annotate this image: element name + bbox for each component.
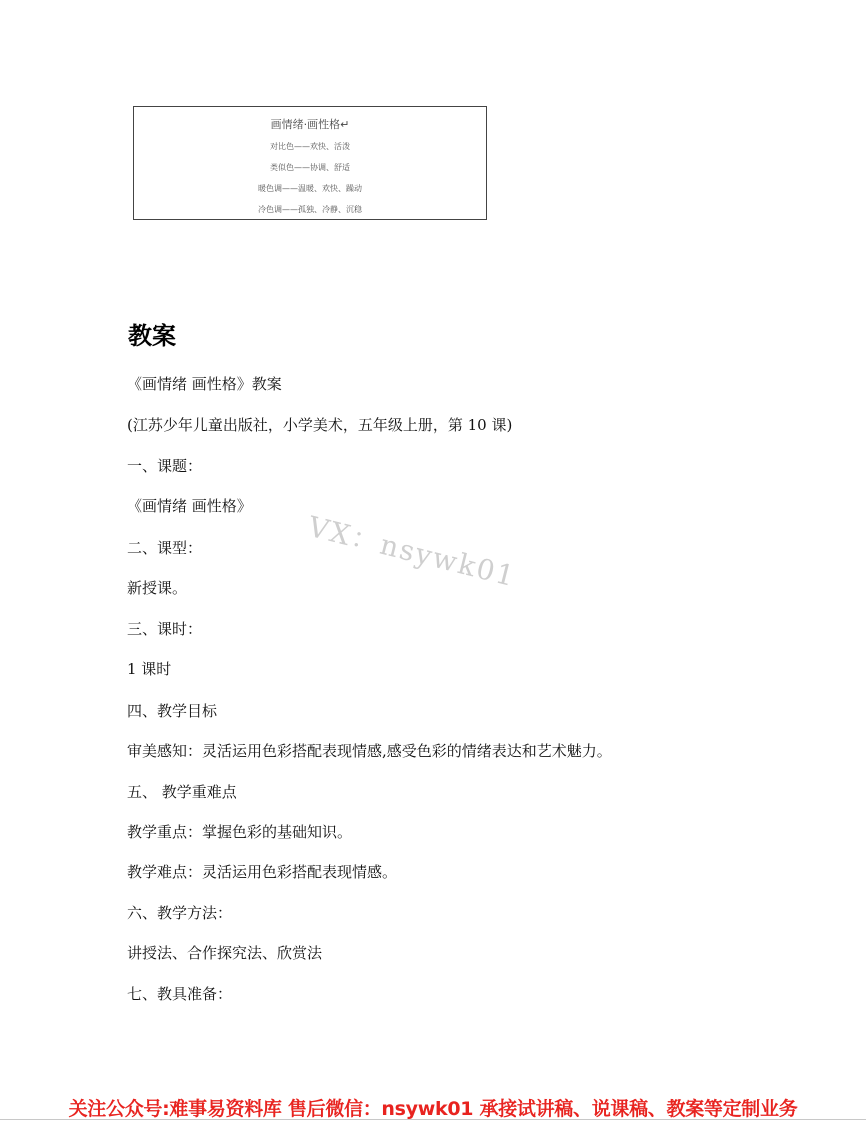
figure-line: 类似色——协调、舒适 <box>134 162 486 174</box>
section-heading: 二、课型： <box>127 538 202 558</box>
section-heading: 三、课时： <box>127 619 202 639</box>
section-body: 1 课时 <box>127 659 171 679</box>
section-body: 新授课。 <box>127 578 187 598</box>
section-heading: 六、教学方法： <box>127 903 232 923</box>
section-heading: 四、教学目标 <box>127 701 217 721</box>
section-heading: 七、教具准备： <box>127 984 232 1004</box>
watermark: VX：nsywk01 <box>304 505 520 595</box>
lesson-title: 《画情绪 画性格》教案 <box>127 374 282 394</box>
footer-banner: 关注公众号:难事易资料库 售后微信：nsywk01 承接试讲稿、说课稿、教案等定… <box>0 1094 866 1121</box>
section-body: 审美感知：灵活运用色彩搭配表现情感,感受色彩的情绪表达和艺术魅力。 <box>127 741 612 761</box>
figure-line: 冷色调——孤独、冷静、沉稳 <box>134 204 486 216</box>
footer-divider <box>0 1119 866 1120</box>
section-body: 教学难点：灵活运用色彩搭配表现情感。 <box>127 862 397 882</box>
section-body: 《画情绪 画性格》 <box>127 496 252 516</box>
section-heading: 五、 教学重难点 <box>127 782 237 802</box>
figure-line: 暖色调——温暖、欢快、躁动 <box>134 183 486 195</box>
publisher-info: (江苏少年儿童出版社，小学美术，五年级上册，第 10 课) <box>127 415 512 435</box>
section-body: 讲授法、合作探究法、欣赏法 <box>127 943 322 963</box>
figure-title: 画情绪·画性格↵ <box>134 116 486 132</box>
section-body: 教学重点：掌握色彩的基础知识。 <box>127 822 352 842</box>
figure-line: 对比色——欢快、活泼 <box>134 141 486 153</box>
figure-box: 画情绪·画性格↵ 对比色——欢快、活泼 类似色——协调、舒适 暖色调——温暖、欢… <box>133 106 487 220</box>
section-heading: 一、课题： <box>127 456 202 476</box>
page-heading: 教案 <box>128 316 176 351</box>
